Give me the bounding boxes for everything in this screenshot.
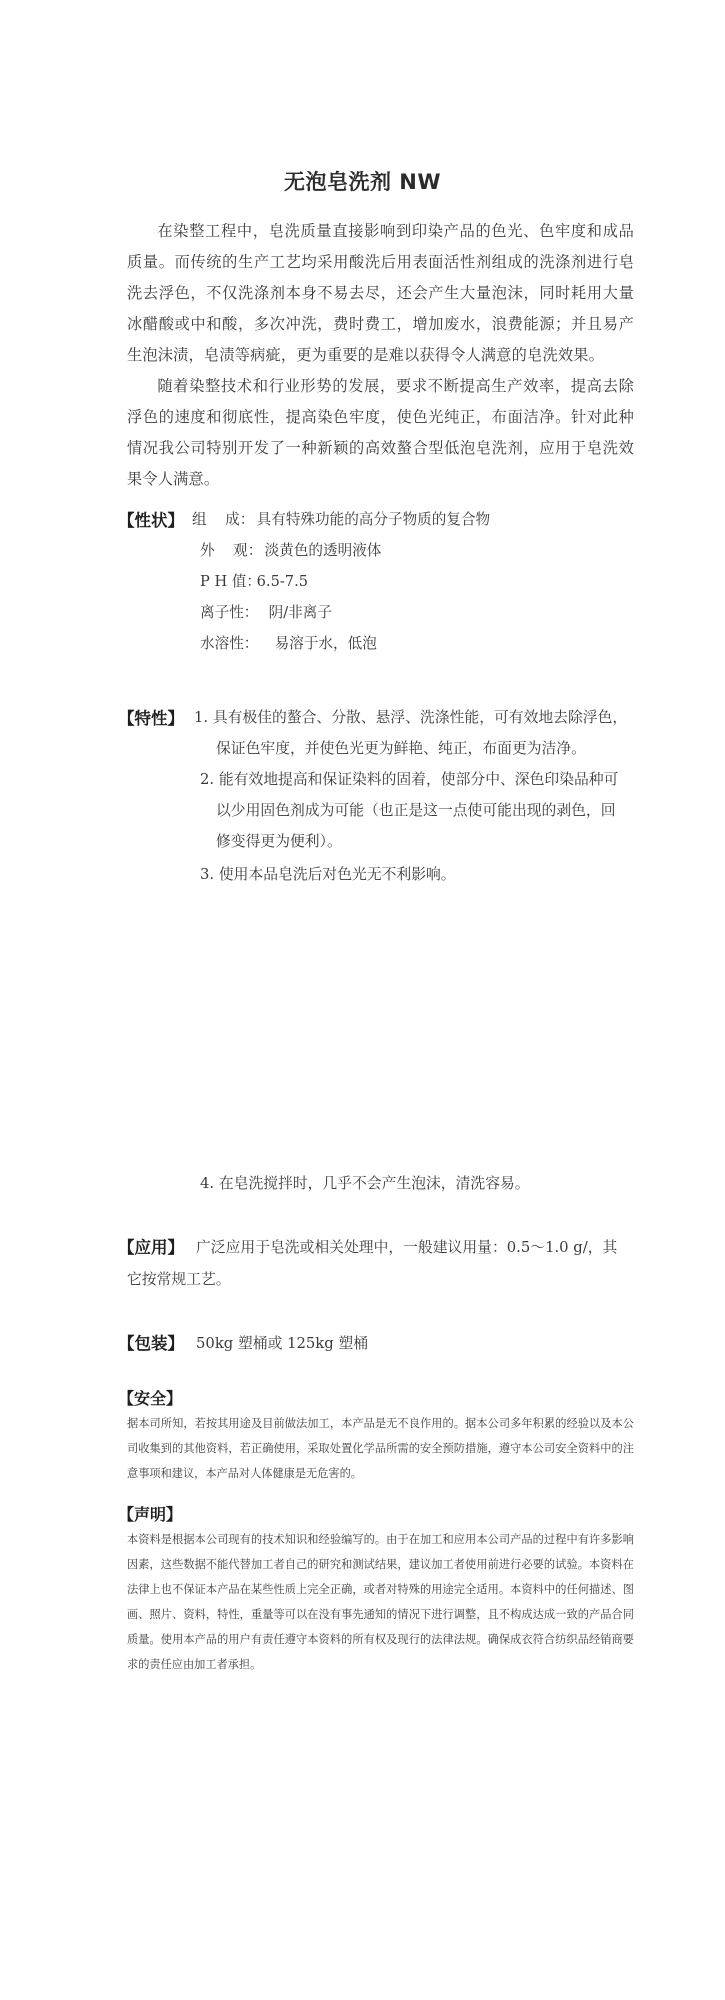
- application-text-line-2: 它按常规工艺。: [127, 1264, 231, 1295]
- disclaimer-label: 【声明】: [118, 1502, 182, 1525]
- property-row: 离子性： 阴/非离子: [200, 603, 332, 623]
- property-key: 离子性：: [200, 603, 264, 623]
- property-row: 外 观： 淡黄色的透明液体: [200, 541, 381, 561]
- packaging-label: 【包装】: [118, 1330, 184, 1354]
- feature-number: 1.: [194, 709, 208, 726]
- property-key: 水溶性：: [200, 634, 270, 654]
- property-value: 易溶于水，低泡: [275, 634, 377, 654]
- feature-number: 4.: [200, 1175, 214, 1192]
- properties-label: 【性状】: [118, 507, 184, 531]
- feature-line: 保证色牢度，并使色光更为鲜艳、纯正，布面更为洁净。: [216, 733, 586, 764]
- feature-line: 在皂洗搅拌时，几乎不会产生泡沫，清洗容易。: [219, 1175, 530, 1192]
- application-text-line-1: 广泛应用于皂洗或相关处理中，一般建议用量：0.5～1.0 g/，其: [196, 1232, 617, 1263]
- feature-number: 2.: [200, 771, 214, 788]
- property-row: P H 值： 6.5-7.5: [200, 572, 308, 592]
- property-value: 淡黄色的透明液体: [265, 541, 382, 561]
- feature-line: 具有极佳的螯合、分散、悬浮、洗涤性能，可有效地去除浮色，: [213, 709, 627, 726]
- property-value: 6.5-7.5: [257, 572, 308, 592]
- property-key: P H 值：: [200, 572, 252, 592]
- feature-number: 3.: [200, 866, 214, 883]
- intro-paragraph-2: 随着染整技术和行业形势的发展，要求不断提高生产效率，提高去除浮色的速度和彻底性，…: [127, 371, 634, 495]
- feature-line: 使用本品皂洗后对色光无不利影响。: [219, 866, 456, 883]
- application-label: 【应用】: [118, 1234, 184, 1258]
- intro-paragraph-1: 在染整工程中，皂洗质量直接影响到印染产品的色光、色牢度和成品质量。而传统的生产工…: [127, 216, 634, 371]
- safety-label: 【安全】: [118, 1386, 182, 1409]
- packaging-text: 50kg 塑桶或 125kg 塑桶: [196, 1328, 368, 1359]
- feature-item-3: 3. 使用本品皂洗后对色光无不利影响。: [200, 859, 456, 890]
- feature-line: 能有效地提高和保证染料的固着，使部分中、深色印染品种可: [219, 771, 619, 788]
- property-key: 组 成：: [192, 510, 252, 530]
- features-label: 【特性】: [118, 705, 184, 729]
- property-value: 具有特殊功能的高分子物质的复合物: [257, 510, 491, 530]
- safety-text: 据本司所知，若按其用途及目前做法加工，本产品是无不良作用的。据本公司多年积累的经…: [127, 1411, 634, 1486]
- disclaimer-text: 本资料是根据本公司现有的技术知识和经验编写的。由于在加工和应用本公司产品的过程中…: [127, 1527, 634, 1677]
- document-title: 无泡皂洗剂 NW: [0, 166, 725, 196]
- feature-item-4: 4. 在皂洗搅拌时，几乎不会产生泡沫，清洗容易。: [200, 1168, 530, 1199]
- property-row: 组 成： 具有特殊功能的高分子物质的复合物: [192, 510, 490, 530]
- property-key: 外 观：: [200, 541, 260, 561]
- property-value: 阴/非离子: [269, 603, 332, 623]
- feature-line: 以少用固色剂成为可能（也正是这一点使可能出现的剥色，回: [216, 795, 616, 826]
- property-row: 水溶性： 易溶于水，低泡: [200, 634, 377, 654]
- feature-item-2: 2. 能有效地提高和保证染料的固着，使部分中、深色印染品种可: [200, 764, 618, 795]
- feature-line: 修变得更为便利）。: [216, 826, 342, 857]
- feature-item-1: 1. 具有极佳的螯合、分散、悬浮、洗涤性能，可有效地去除浮色，: [194, 702, 627, 733]
